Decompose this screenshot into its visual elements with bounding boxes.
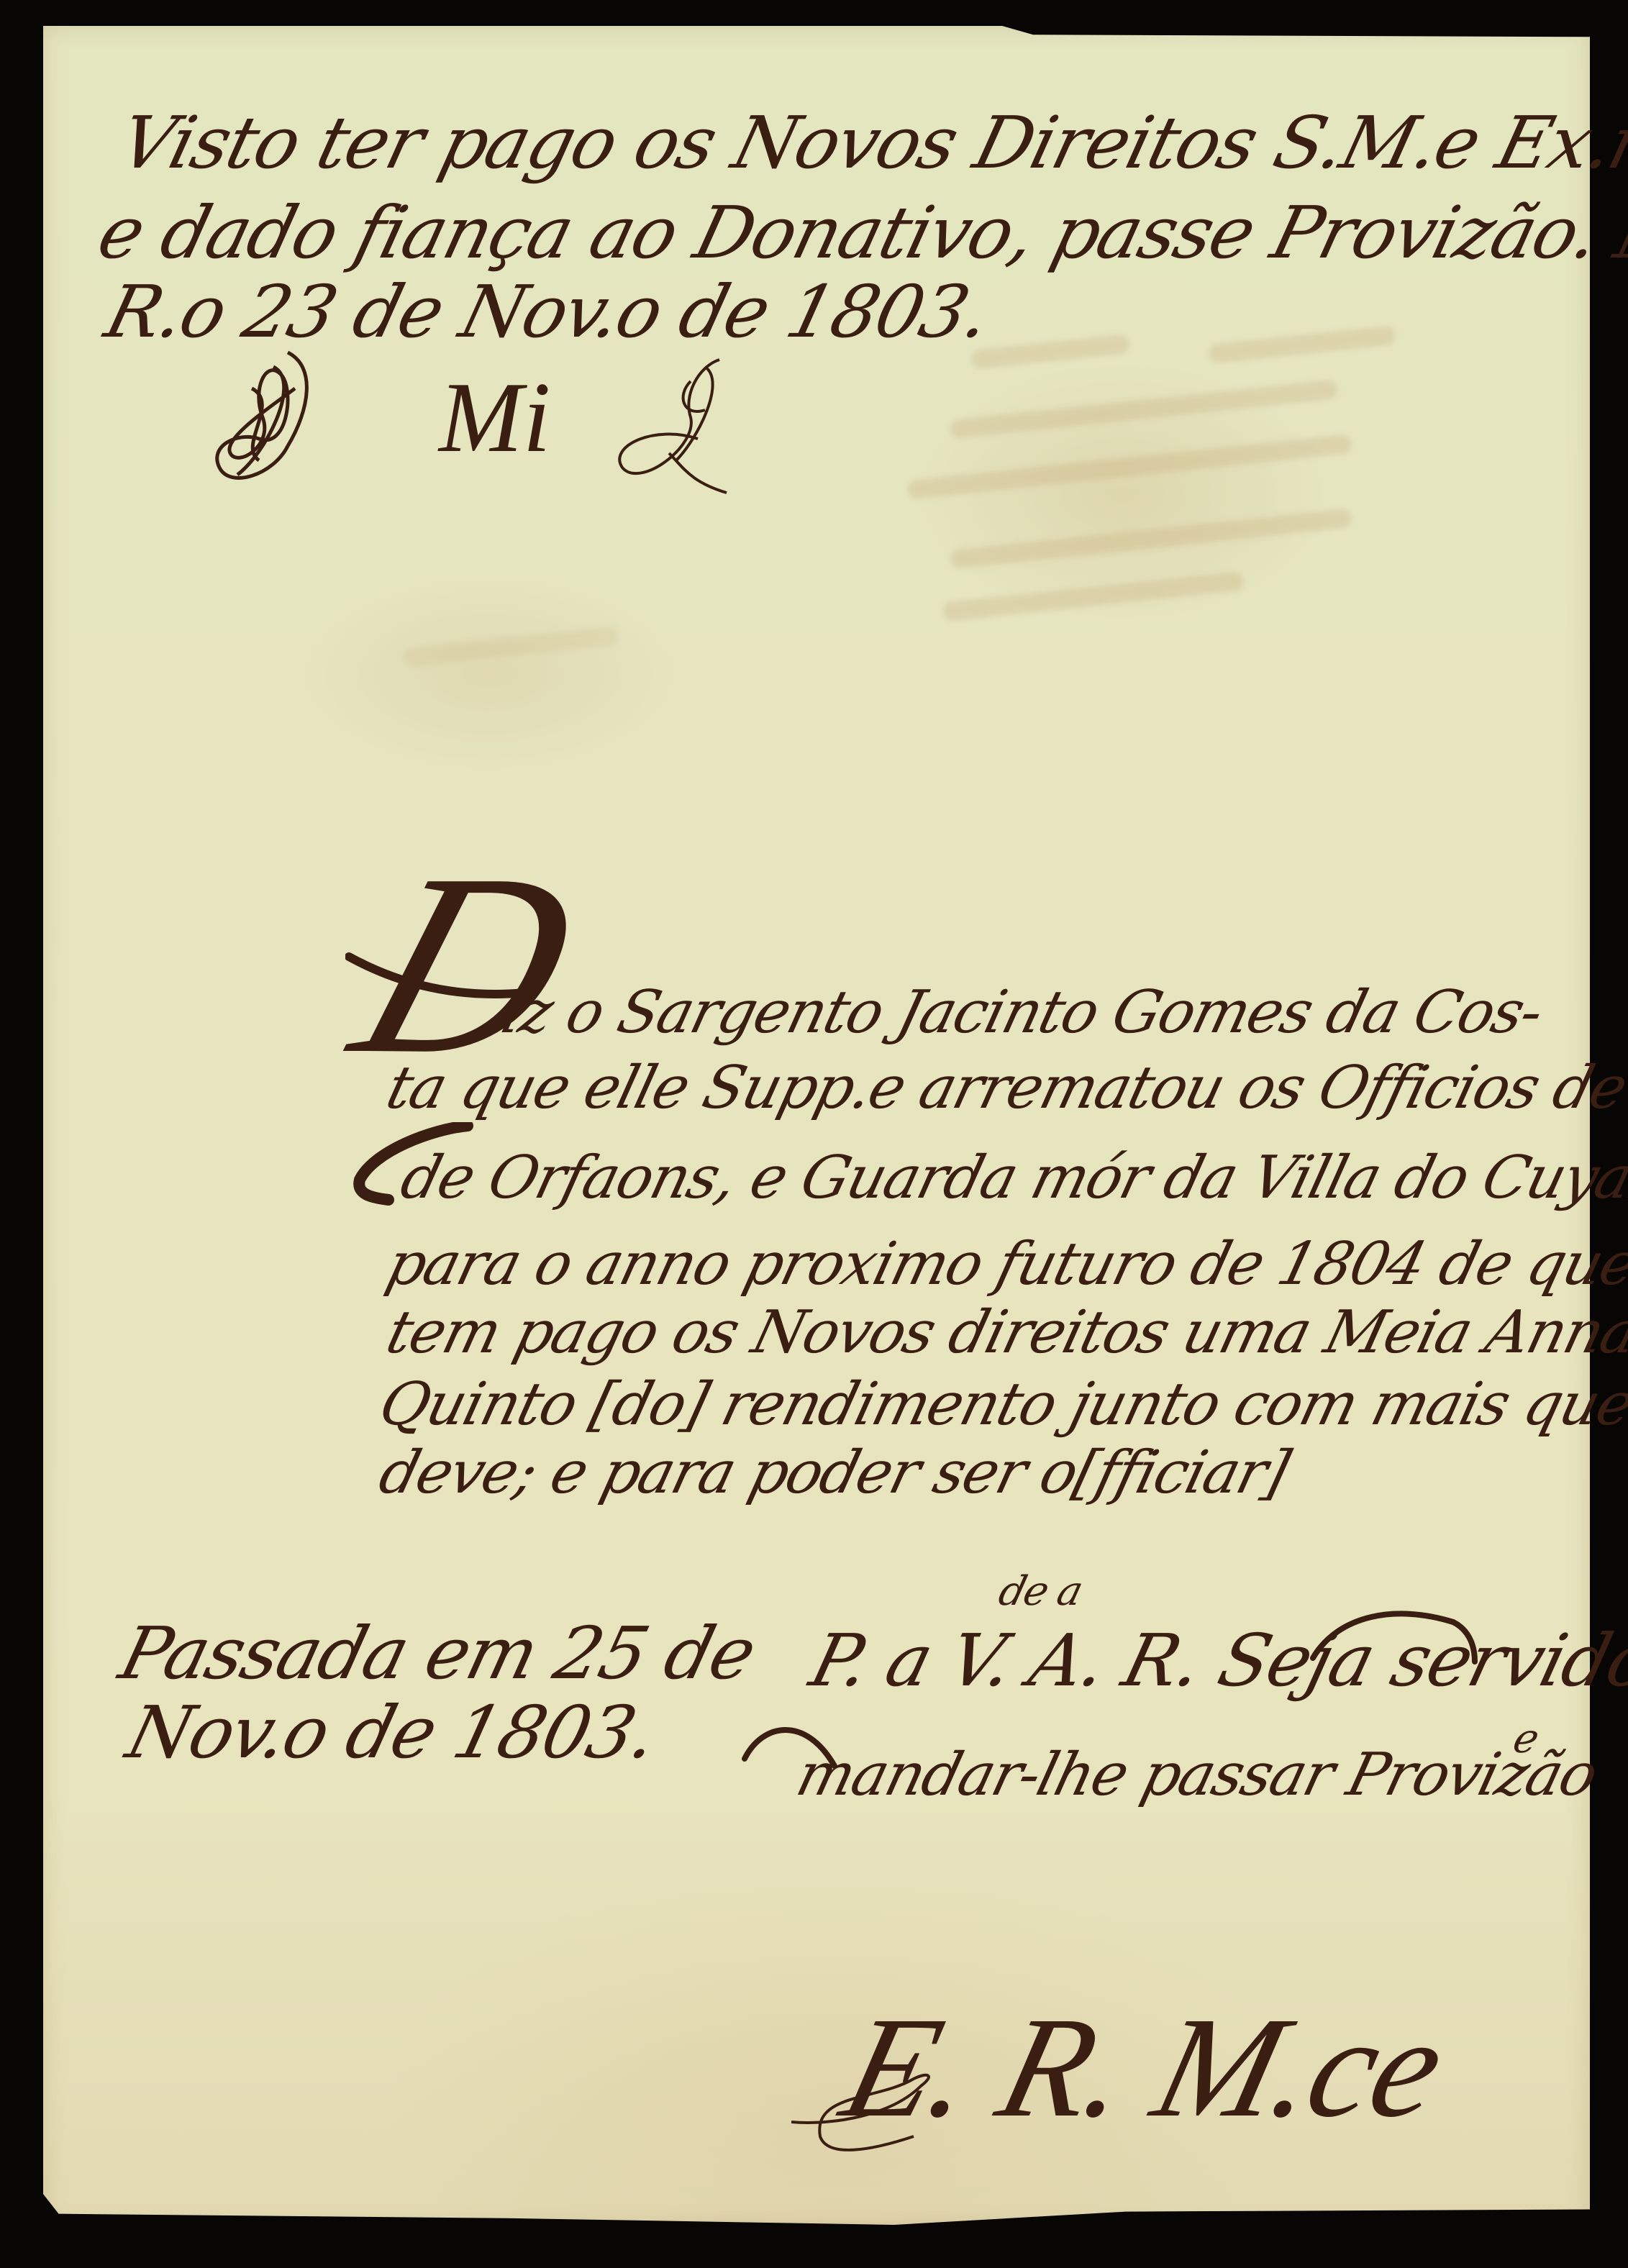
request-superscript: de a <box>994 1568 1086 1615</box>
signature-loop-icon <box>791 2072 1007 2158</box>
despacho-line-1: Visto ter pago os Novos Direitos S.M.e E… <box>112 101 1628 185</box>
despacho-line-2: e dado fiança ao Donativo, passe Provizã… <box>90 191 1628 275</box>
date-block-line-2: Nov.o de 1803. <box>119 1690 665 1775</box>
request-line-2: mandar-lhe passar Provizão <box>790 1741 1603 1809</box>
request-line-1: P. a V. A. R. Seja servido <box>802 1618 1628 1703</box>
rubric-signature-3 <box>611 352 748 522</box>
petition-line-6: Quinto [do] rendimento junto com mais qu… <box>373 1370 1628 1439</box>
petition-line-4: para o anno proximo futuro de 1804 de qu… <box>380 1230 1628 1298</box>
rubric-scribble-icon <box>209 345 331 489</box>
bleed-through-mark <box>950 509 1352 569</box>
initial-swash-icon <box>345 949 532 1007</box>
swash-flourish-icon <box>1309 1600 1482 1665</box>
bleed-through-mark <box>950 380 1338 439</box>
bleed-through-mark <box>942 571 1245 621</box>
rubric-signature-2: Mi <box>439 360 551 475</box>
bleed-through-mark <box>906 434 1352 500</box>
bleed-through-mark <box>1208 325 1396 363</box>
rubric-flourish-icon <box>611 352 748 496</box>
bleed-through-mark <box>970 334 1130 370</box>
petition-line-7: deve; e para poder ser o[fficiar] <box>373 1439 1295 1507</box>
petition-line-5: tem pago os Novos direitos uma Meia Anna… <box>380 1298 1628 1367</box>
petition-line-2: ta que elle Supp.e arrematou os Officios… <box>380 1054 1628 1122</box>
rubric-signature-1 <box>209 345 331 515</box>
despacho-line-3: R.o 23 de Nov.o de 1803. <box>97 270 998 354</box>
petition-line-1: iz o Sargento Jacinto Gomes da Cos- <box>495 978 1549 1047</box>
petition-line-3: de Orfaons, e Guarda mór da Villa do Cuy… <box>394 1144 1628 1212</box>
date-block-line-1: Passada em 25 de <box>112 1611 763 1695</box>
bleed-through-mark <box>402 626 619 667</box>
